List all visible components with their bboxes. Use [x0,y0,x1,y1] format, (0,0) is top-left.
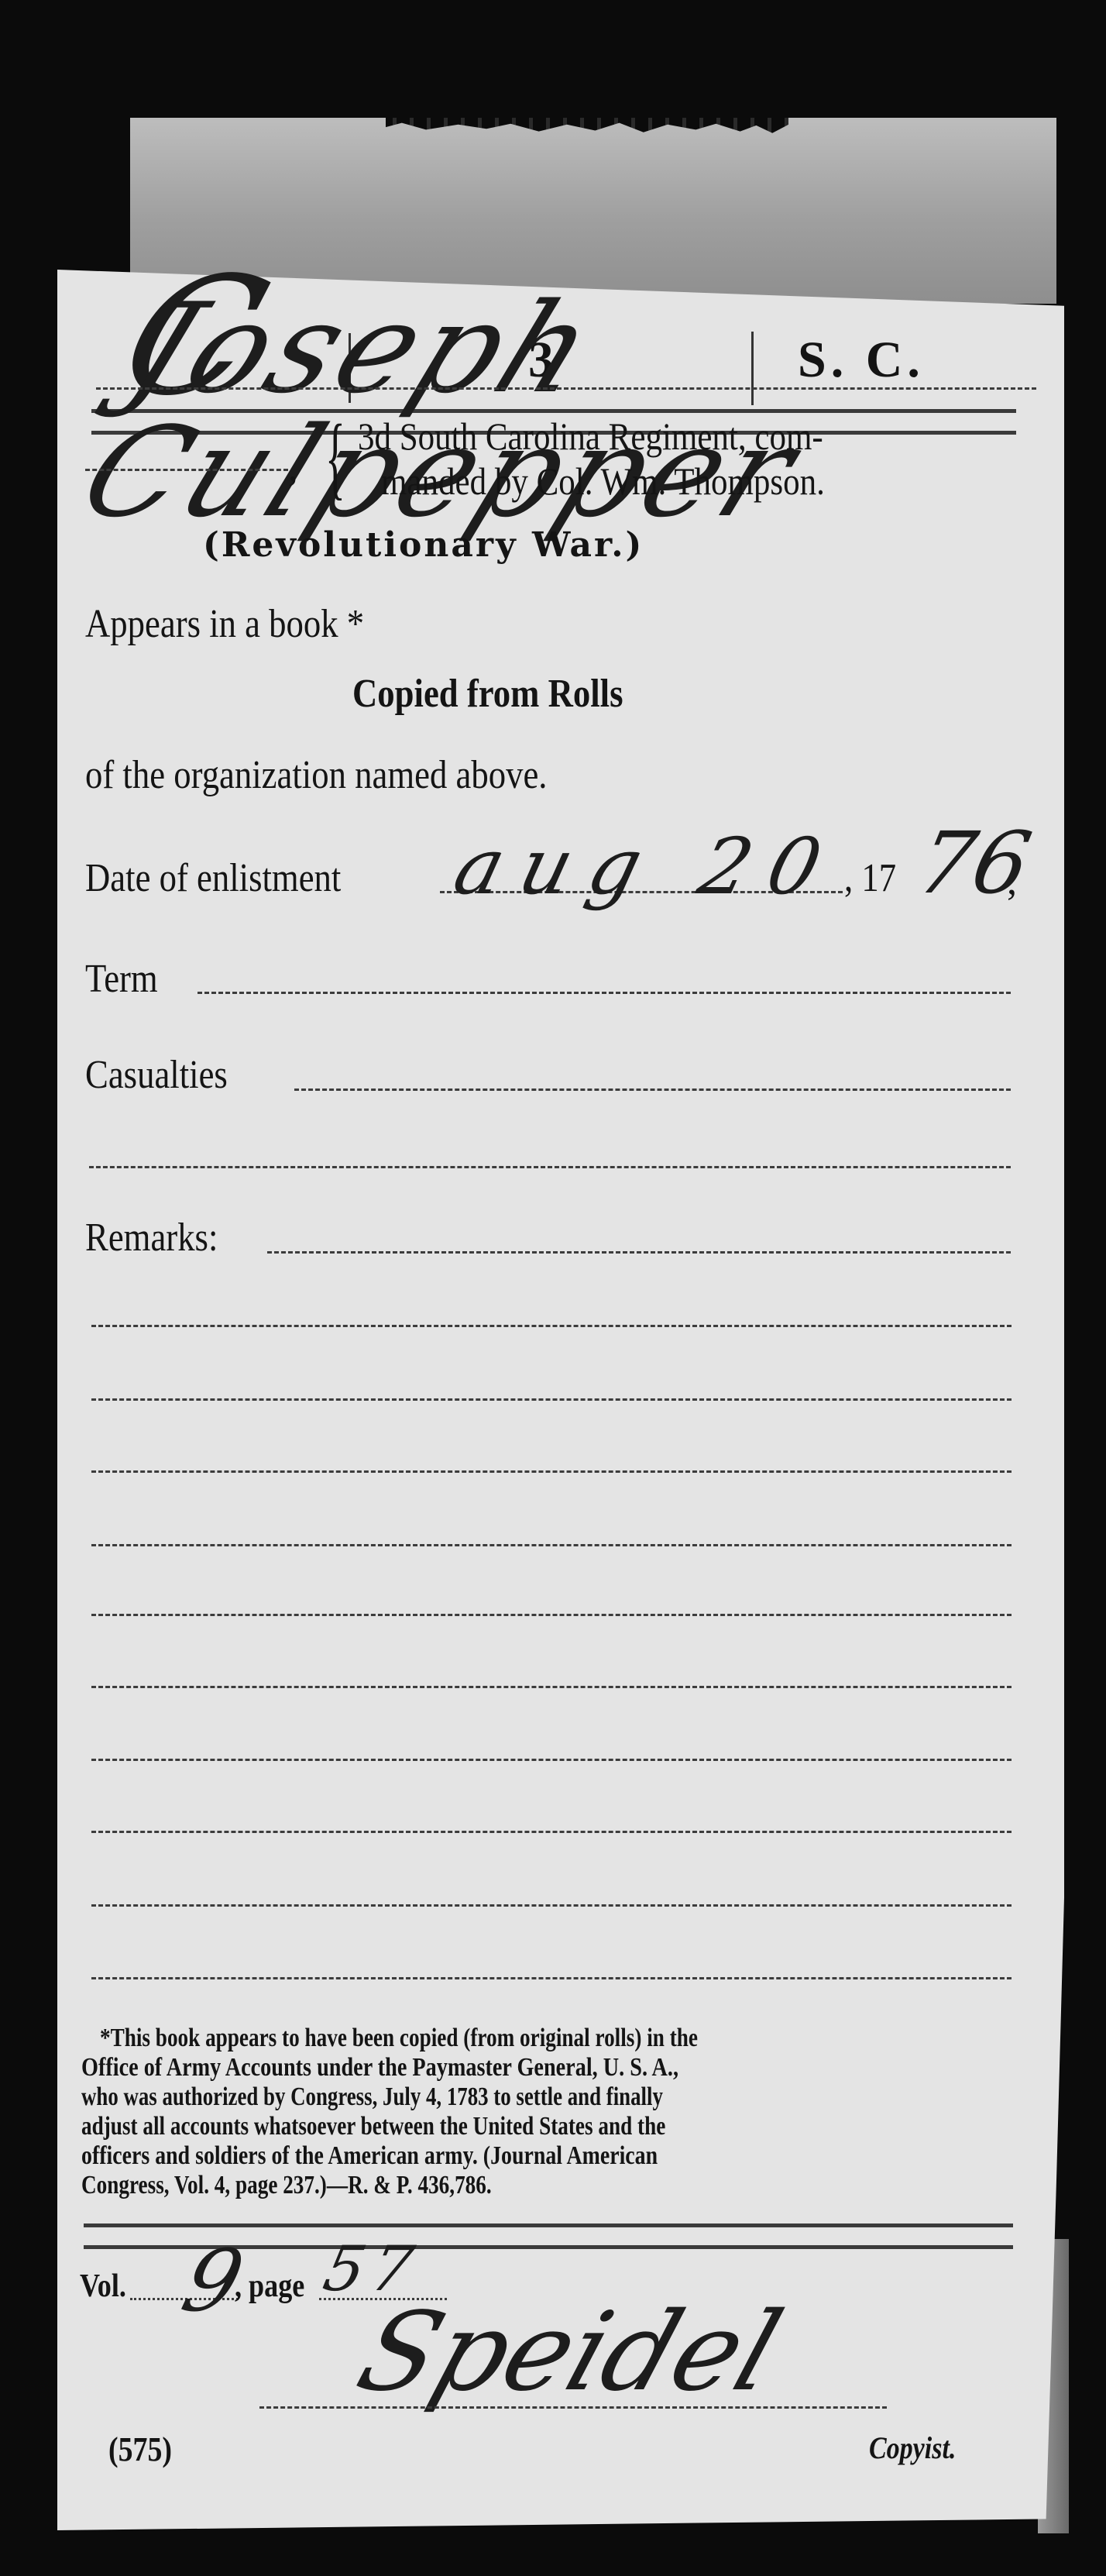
footnote-line-2: Office of Army Accounts under the Paymas… [81,2053,862,2082]
enlistment-year-prefix: , 17 [844,858,896,899]
remarks-line-7 [91,1686,1012,1688]
remarks-line-8 [91,1759,1012,1761]
remarks-line-5 [91,1544,1012,1546]
unit-brace: { [325,411,345,504]
remarks-line-2 [91,1325,1012,1327]
footnote-line-5: officers and soldiers of the American ar… [81,2141,853,2171]
book-title: Copied from Rolls [352,674,623,714]
footnote-line-6: Congress, Vol. 4, page 237.)—R. & P. 436… [81,2171,834,2200]
war-title: (Revolutionary War.) [203,525,644,565]
copyist-line [259,2406,887,2409]
company-comma: , [288,448,298,487]
vol-label: Vol. [80,2270,126,2303]
unit-line-2: manded by Col. Wm. Thompson. [381,462,825,500]
remarks-line-10 [91,1904,1012,1907]
casualties-line-2 [89,1166,1011,1168]
footnote-line-1: *This book appears to have been copied (… [81,2024,834,2053]
footnote: *This book appears to have been copied (… [81,2024,1022,2200]
of-organization: of the organization named above. [85,755,547,796]
remarks-label: Remarks: [85,1218,218,1258]
enlistment-year-comma: , [1007,862,1017,902]
remarks-line-1 [267,1251,1011,1254]
footnote-line-4: adjust all accounts whatsoever between t… [81,2112,834,2141]
term-label: Term [85,959,158,999]
torn-edge [386,118,788,135]
copyist-label: Copyist. [869,2433,956,2464]
company-dotted-line [85,469,288,471]
footnote-line-3: who was authorized by Congress, July 4, … [81,2082,825,2112]
casualties-label: Casualties [85,1055,228,1095]
enlistment-date: aug 20 [445,821,848,912]
name-dotted-line [96,387,1036,390]
unit-line-1: 3d South Carolina Regiment, com- [358,417,823,456]
casualties-line-1 [294,1089,1011,1091]
remarks-line-3 [91,1398,1012,1401]
copyist-signature: Speidel [344,2289,795,2416]
appears-in-book: Appears in a book * [85,604,364,645]
footer-rule-1 [84,2223,1013,2227]
remarks-line-6 [91,1614,1012,1616]
remarks-line-11 [91,1977,1012,1979]
term-line [197,992,1011,994]
remarks-line-4 [91,1470,1012,1473]
remarks-line-9 [91,1831,1012,1833]
form-number: (575) [108,2433,172,2467]
page-label: , page [235,2270,304,2303]
enlistment-label: Date of enlistment [85,858,341,899]
enlistment-year-suffix: 76 [909,813,1039,913]
